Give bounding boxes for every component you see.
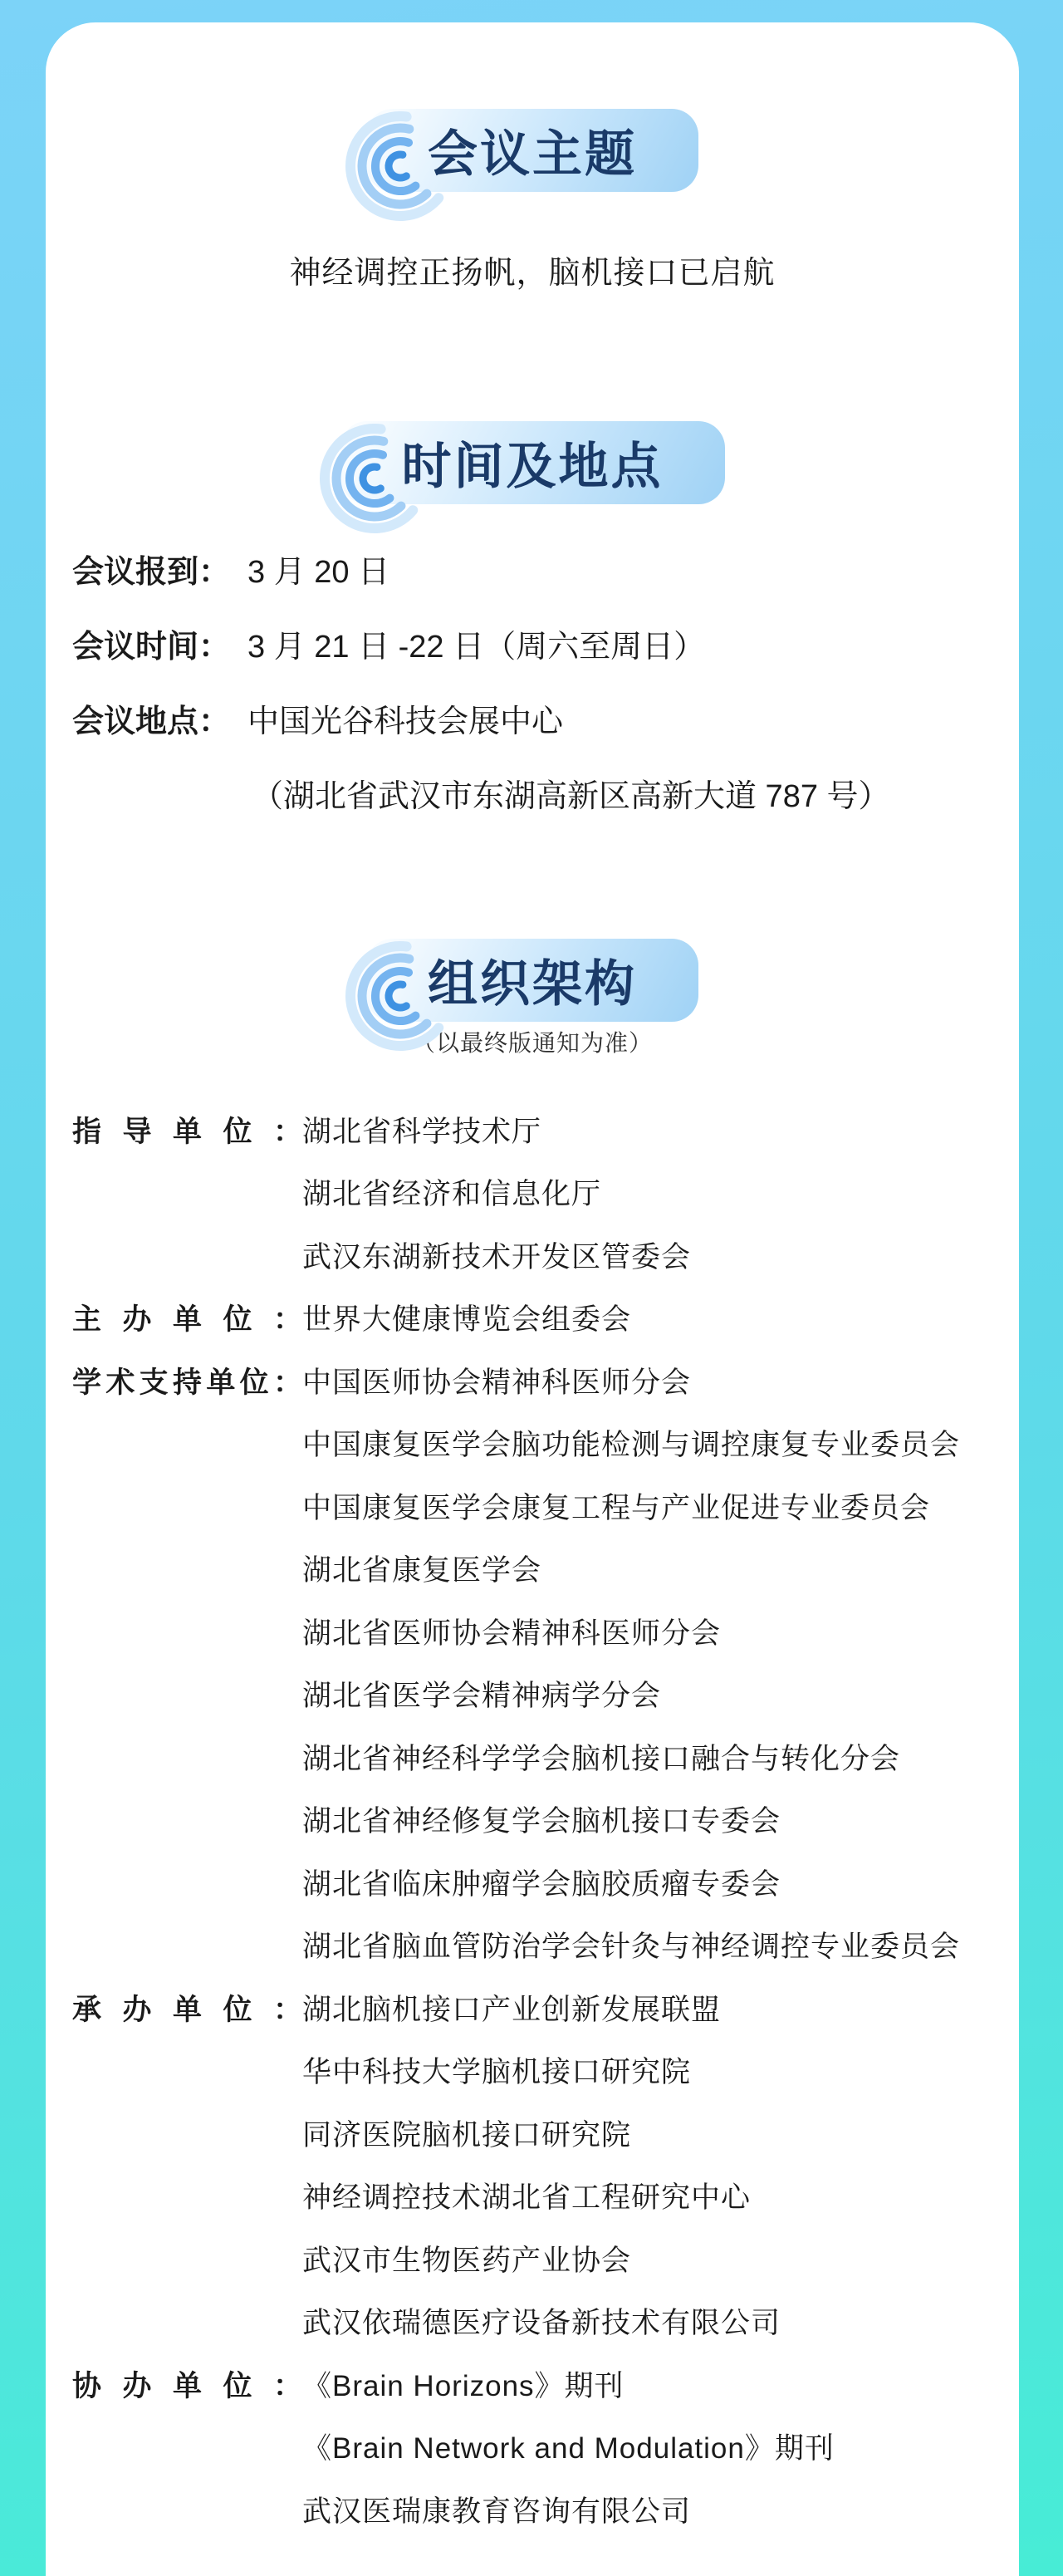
info-value: 中国光谷科技会展中心 — [247, 695, 563, 741]
org-item: 武汉市生物医药产业协会 — [302, 2238, 992, 2279]
org-item: 神经调控技术湖北省工程研究中心 — [302, 2175, 992, 2216]
org-row: 湖北省医学会精神病学分会 — [72, 1663, 992, 1726]
org-item: 湖北省经济和信息化厅 — [302, 1171, 992, 1213]
org-row: 武汉依瑞德医疗设备新技术有限公司 — [72, 2290, 992, 2353]
org-row: 湖北省脑血管防治学会针灸与神经调控专业委员会 — [72, 1914, 992, 1977]
org-row: 湖北省康复医学会 — [72, 1538, 992, 1601]
info-row: 会议时间： 3 月 21 日 -22 日（周六至周日） — [72, 606, 992, 680]
badge-pill: 组织架构 — [366, 939, 698, 1022]
info-label: 会议地点： — [72, 695, 230, 741]
org-row: 华中科技大学脑机接口研究院 — [72, 2039, 992, 2103]
org-row: 主办单位：世界大健康博览会组委会 — [72, 1287, 992, 1350]
org-item: 《Brain Horizons》期刊 — [302, 2363, 992, 2405]
section-header-theme: 会议主题 — [72, 109, 992, 192]
org-item: 《Brain Network and Modulation》期刊 — [302, 2426, 992, 2467]
org-item: 武汉医瑞康教育咨询有限公司 — [302, 2489, 992, 2530]
org-item: 同济医院脑机接口研究院 — [302, 2112, 992, 2154]
org-row: 武汉东湖新技术开发区管委会 — [72, 1224, 992, 1287]
org-row: 同济医院脑机接口研究院 — [72, 2102, 992, 2165]
org-row: 湖北省经济和信息化厅 — [72, 1161, 992, 1224]
org-item: 中国医师协会精神科医师分会 — [302, 1360, 992, 1401]
org-item: 华中科技大学脑机接口研究院 — [302, 2049, 992, 2091]
org-row: 神经调控技术湖北省工程研究中心 — [72, 2165, 992, 2228]
org-row: 中国康复医学会康复工程与产业促进专业委员会 — [72, 1474, 992, 1538]
section-header-time-location: 时间及地点 — [72, 421, 992, 504]
org-item: 湖北省科学技术厅 — [302, 1109, 992, 1151]
conference-theme-text: 神经调控正扬帆，脑机接口已启航 — [72, 253, 992, 293]
info-row: 会议地点： 中国光谷科技会展中心 — [72, 680, 992, 755]
org-row: 武汉医瑞康教育咨询有限公司 — [72, 2478, 992, 2541]
org-item: 湖北省神经修复学会脑机接口专委会 — [302, 1798, 992, 1840]
poster-page: 会议主题 神经调控正扬帆，脑机接口已启航 时间及地点 会议报到： 3 月 20 … — [0, 0, 1063, 2576]
org-item: 武汉东湖新技术开发区管委会 — [302, 1234, 992, 1276]
org-row: 指导单位：湖北省科学技术厅 — [72, 1098, 992, 1161]
section-title: 时间及地点 — [402, 427, 664, 498]
org-item: 湖北省临床肿瘤学会脑胶质瘤专委会 — [302, 1862, 992, 1903]
org-item: 世界大健康博览会组委会 — [302, 1297, 992, 1338]
organization-subtitle: （以最终版通知为准） — [72, 1028, 992, 1058]
section-header-organization: 组织架构 — [72, 939, 992, 1022]
org-row: 湖北省神经修复学会脑机接口专委会 — [72, 1788, 992, 1852]
section-title: 组织架构 — [428, 945, 637, 1016]
org-row: 武汉市生物医药产业协会 — [72, 2227, 992, 2290]
org-item: 中国康复医学会脑功能检测与调控康复专业委员会 — [302, 1422, 992, 1464]
badge-pill: 会议主题 — [366, 109, 698, 192]
info-value: 3 月 20 日 — [247, 546, 389, 591]
org-item: 湖北脑机接口产业创新发展联盟 — [302, 1987, 992, 2029]
org-item: 湖北省脑血管防治学会针灸与神经调控专业委员会 — [302, 1924, 992, 1965]
org-item: 湖北省神经科学学会脑机接口融合与转化分会 — [302, 1736, 992, 1778]
badge-pill: 时间及地点 — [340, 421, 725, 504]
org-list: 指导单位：湖北省科学技术厅湖北省经济和信息化厅武汉东湖新技术开发区管委会主办单位… — [72, 1098, 992, 2541]
org-group-label: 学术支持单位： — [72, 1360, 302, 1401]
org-row: 承办单位：湖北脑机接口产业创新发展联盟 — [72, 1976, 992, 2039]
org-row: 学术支持单位：中国医师协会精神科医师分会 — [72, 1349, 992, 1412]
org-item: 中国康复医学会康复工程与产业促进专业委员会 — [302, 1485, 992, 1527]
org-row: 协办单位：《Brain Horizons》期刊 — [72, 2353, 992, 2416]
org-group-label: 指导单位： — [72, 1109, 302, 1151]
org-row: 湖北省神经科学学会脑机接口融合与转化分会 — [72, 1725, 992, 1788]
org-group-label: 主办单位： — [72, 1297, 302, 1338]
venue-address: （湖北省武汉市东湖高新区高新大道 787 号） — [72, 755, 992, 830]
info-label: 会议时间： — [72, 621, 230, 666]
org-item: 湖北省医师协会精神科医师分会 — [302, 1611, 992, 1652]
org-item: 湖北省康复医学会 — [302, 1548, 992, 1589]
org-item: 湖北省医学会精神病学分会 — [302, 1673, 992, 1715]
org-group-label: 承办单位： — [72, 1987, 302, 2029]
org-row: 湖北省医师协会精神科医师分会 — [72, 1600, 992, 1663]
org-row: 中国康复医学会脑功能检测与调控康复专业委员会 — [72, 1412, 992, 1475]
info-row: 会议报到： 3 月 20 日 — [72, 531, 992, 606]
info-label: 会议报到： — [72, 546, 230, 591]
content-panel: 会议主题 神经调控正扬帆，脑机接口已启航 时间及地点 会议报到： 3 月 20 … — [46, 22, 1019, 2576]
section-title: 会议主题 — [428, 115, 637, 186]
org-item: 武汉依瑞德医疗设备新技术有限公司 — [302, 2300, 992, 2342]
org-row: 《Brain Network and Modulation》期刊 — [72, 2416, 992, 2479]
info-value: （湖北省武汉市东湖高新区高新大道 787 号） — [252, 770, 890, 816]
time-location-info: 会议报到： 3 月 20 日 会议时间： 3 月 21 日 -22 日（周六至周… — [72, 531, 992, 830]
info-value: 3 月 21 日 -22 日（周六至周日） — [247, 621, 705, 666]
org-row: 湖北省临床肿瘤学会脑胶质瘤专委会 — [72, 1851, 992, 1914]
org-group-label: 协办单位： — [72, 2363, 302, 2405]
